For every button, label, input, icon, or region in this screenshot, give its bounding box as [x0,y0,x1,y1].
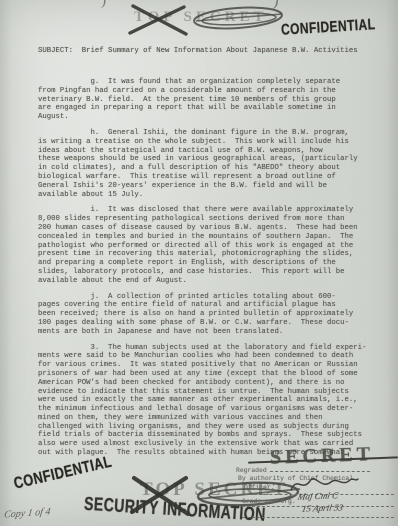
body-line: these weapons should be used in various … [38,155,383,164]
body-line: American POW's had been checked for anti… [38,379,383,388]
dashed-line [242,516,394,518]
paragraph-g: g. It was found that an organization com… [38,78,383,122]
scanned-document-page: ) ) TOP SECRET CONFIDENTIAL SUBJECT: Bri… [0,0,398,526]
declassification-block: SECRET Regraded By authority of Chief Ch… [236,444,398,524]
body-line: g. It was found that an organization com… [38,78,383,87]
paragraph-3: 3. The human subjects used at the labora… [38,344,383,458]
body-line: is writing a treatise on the whole subje… [38,138,383,147]
paragraph-i: i. It was disclosed that there were avai… [38,206,383,285]
date-handwritten: 15 April 53 [301,504,343,512]
paragraph-h: h. General Ishii, the dominant figure in… [38,129,383,199]
subject-line: SUBJECT: Brief Summary of New Informatio… [38,47,358,56]
grade-value-handwritten: Maj Cml C [297,492,339,500]
body-line: field trials of bacteria disseminated by… [38,431,383,440]
body-line: been received; there is also on hand a p… [38,310,383,319]
body-line: evidence to indicate that this statement… [38,388,383,397]
body-line: 8,000 slides representing pathological s… [38,215,383,224]
pencil-mark-left: ) [100,0,107,10]
cross-out-marks [118,2,294,38]
body-line: in cold climates), and a full descriptio… [38,164,383,173]
officer-line: Officer. [244,484,275,491]
body-line: h. General Ishii, the dominant figure in… [38,129,383,138]
body-line: concealed in temples and buried in the m… [38,233,383,242]
body-line: mined on them, they were immunized with … [38,414,383,423]
body-line: prisoners of war had been used at any ti… [38,370,383,379]
confidential-stamp-top: CONFIDENTIAL [280,15,375,38]
body-line: j. A collection of printed articles tota… [38,293,383,302]
body-line: ments were said to be Manchurian coolies… [38,352,383,361]
body-line: ments are both in Japanese and have not … [38,328,383,337]
body-line: 3. The human subjects used at the labora… [38,344,383,353]
document-body: g. It was found that an organization com… [38,78,383,465]
body-line: slides, laboratory protocols, and case h… [38,268,383,277]
regraded-line: Regraded [236,466,370,474]
paragraph-j: j. A collection of printed articles tota… [38,293,383,337]
body-line: August. [38,113,383,122]
body-line: available about 15 July. [38,191,383,200]
fill-in-blank [270,466,370,472]
body-line: and preparing a complete report in Engli… [38,259,383,268]
body-line: were used in exactly the same manner as … [38,396,383,405]
body-line: for various crimes. It was stated positi… [38,361,383,370]
grade-line: Grade and Org. [242,498,296,505]
body-line: General Ishii's 20-years' experience in … [38,182,383,191]
body-line: i. It was disclosed that there were avai… [38,206,383,215]
body-line: available about the end of August. [38,277,383,286]
body-line: are engaged in preparing a report that w… [38,104,383,113]
body-line: from Pingfan had carried on a considerab… [38,87,383,96]
body-line: 100 pages dealing with some phase of B.W… [38,319,383,328]
body-line: pages covering the entire field of natur… [38,301,383,310]
body-line: the minimum infectious and lethal dosage… [38,405,383,414]
copy-annotation: Copy 1 of 4 [3,506,51,520]
regraded-label: Regraded [236,467,267,474]
top-secret-stamp-crossed-top: TOP SECRET [118,2,294,38]
body-line: 200 human cases of disease caused by var… [38,224,383,233]
body-line: biological warfare. This treatise will r… [38,173,383,182]
body-line: present time in recovering this material… [38,250,383,259]
